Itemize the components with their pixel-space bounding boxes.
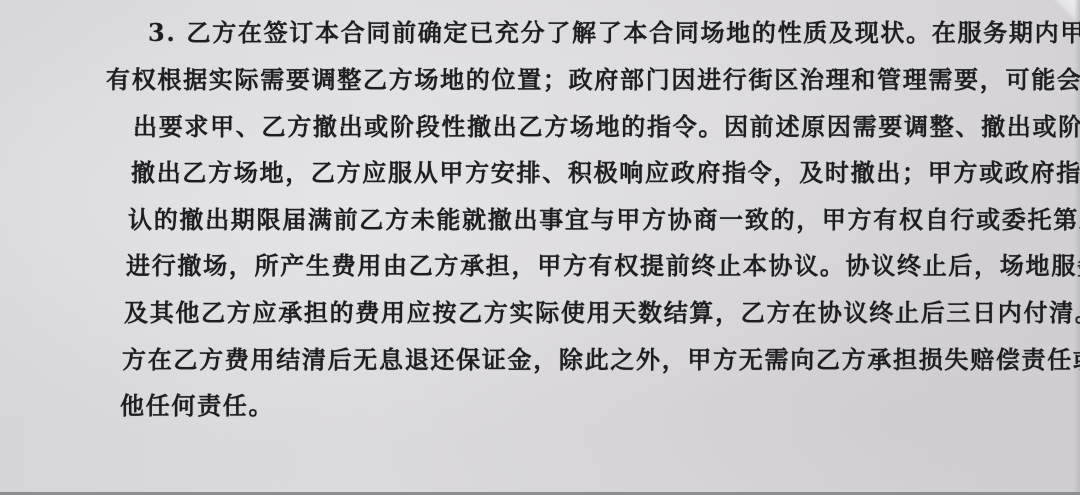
clause-line-7: 及其他乙方应承担的费用应按乙方实际使用天数结算，乙方在协议终止后三日内付清。甲	[124, 298, 1080, 328]
clause-line-4: 撤出乙方场地，乙方应服从甲方安排、积极响应政府指令，及时撤出；甲方或政府指令确	[131, 158, 1080, 188]
clause-line-3: 出要求甲、乙方撤出或阶段性撤出乙方场地的指令。因前述原因需要调整、撤出或阶段性	[133, 112, 1080, 142]
clause-line-2: 有权根据实际需要调整乙方场地的位置；政府部门因进行街区治理和管理需要，可能会作	[106, 65, 1080, 95]
clause-line-5: 认的撤出期限届满前乙方未能就撤出事宜与甲方协商一致的，甲方有权自行或委托第三方	[128, 205, 1080, 235]
clause-line-8: 方在乙方费用结清后无息退还保证金，除此之外，甲方无需向乙方承担损失赔偿责任或其	[122, 345, 1080, 375]
clause-line-9: 他任何责任。	[120, 391, 274, 421]
clause-line-1: 3. 乙方在签订本合同前确定已充分了解了本合同场地的性质及现状。在服务期内甲方	[148, 18, 1080, 48]
clause-line-6: 进行撤场，所产生费用由乙方承担，甲方有权提前终止本协议。协议终止后，场地服务费	[126, 251, 1080, 281]
